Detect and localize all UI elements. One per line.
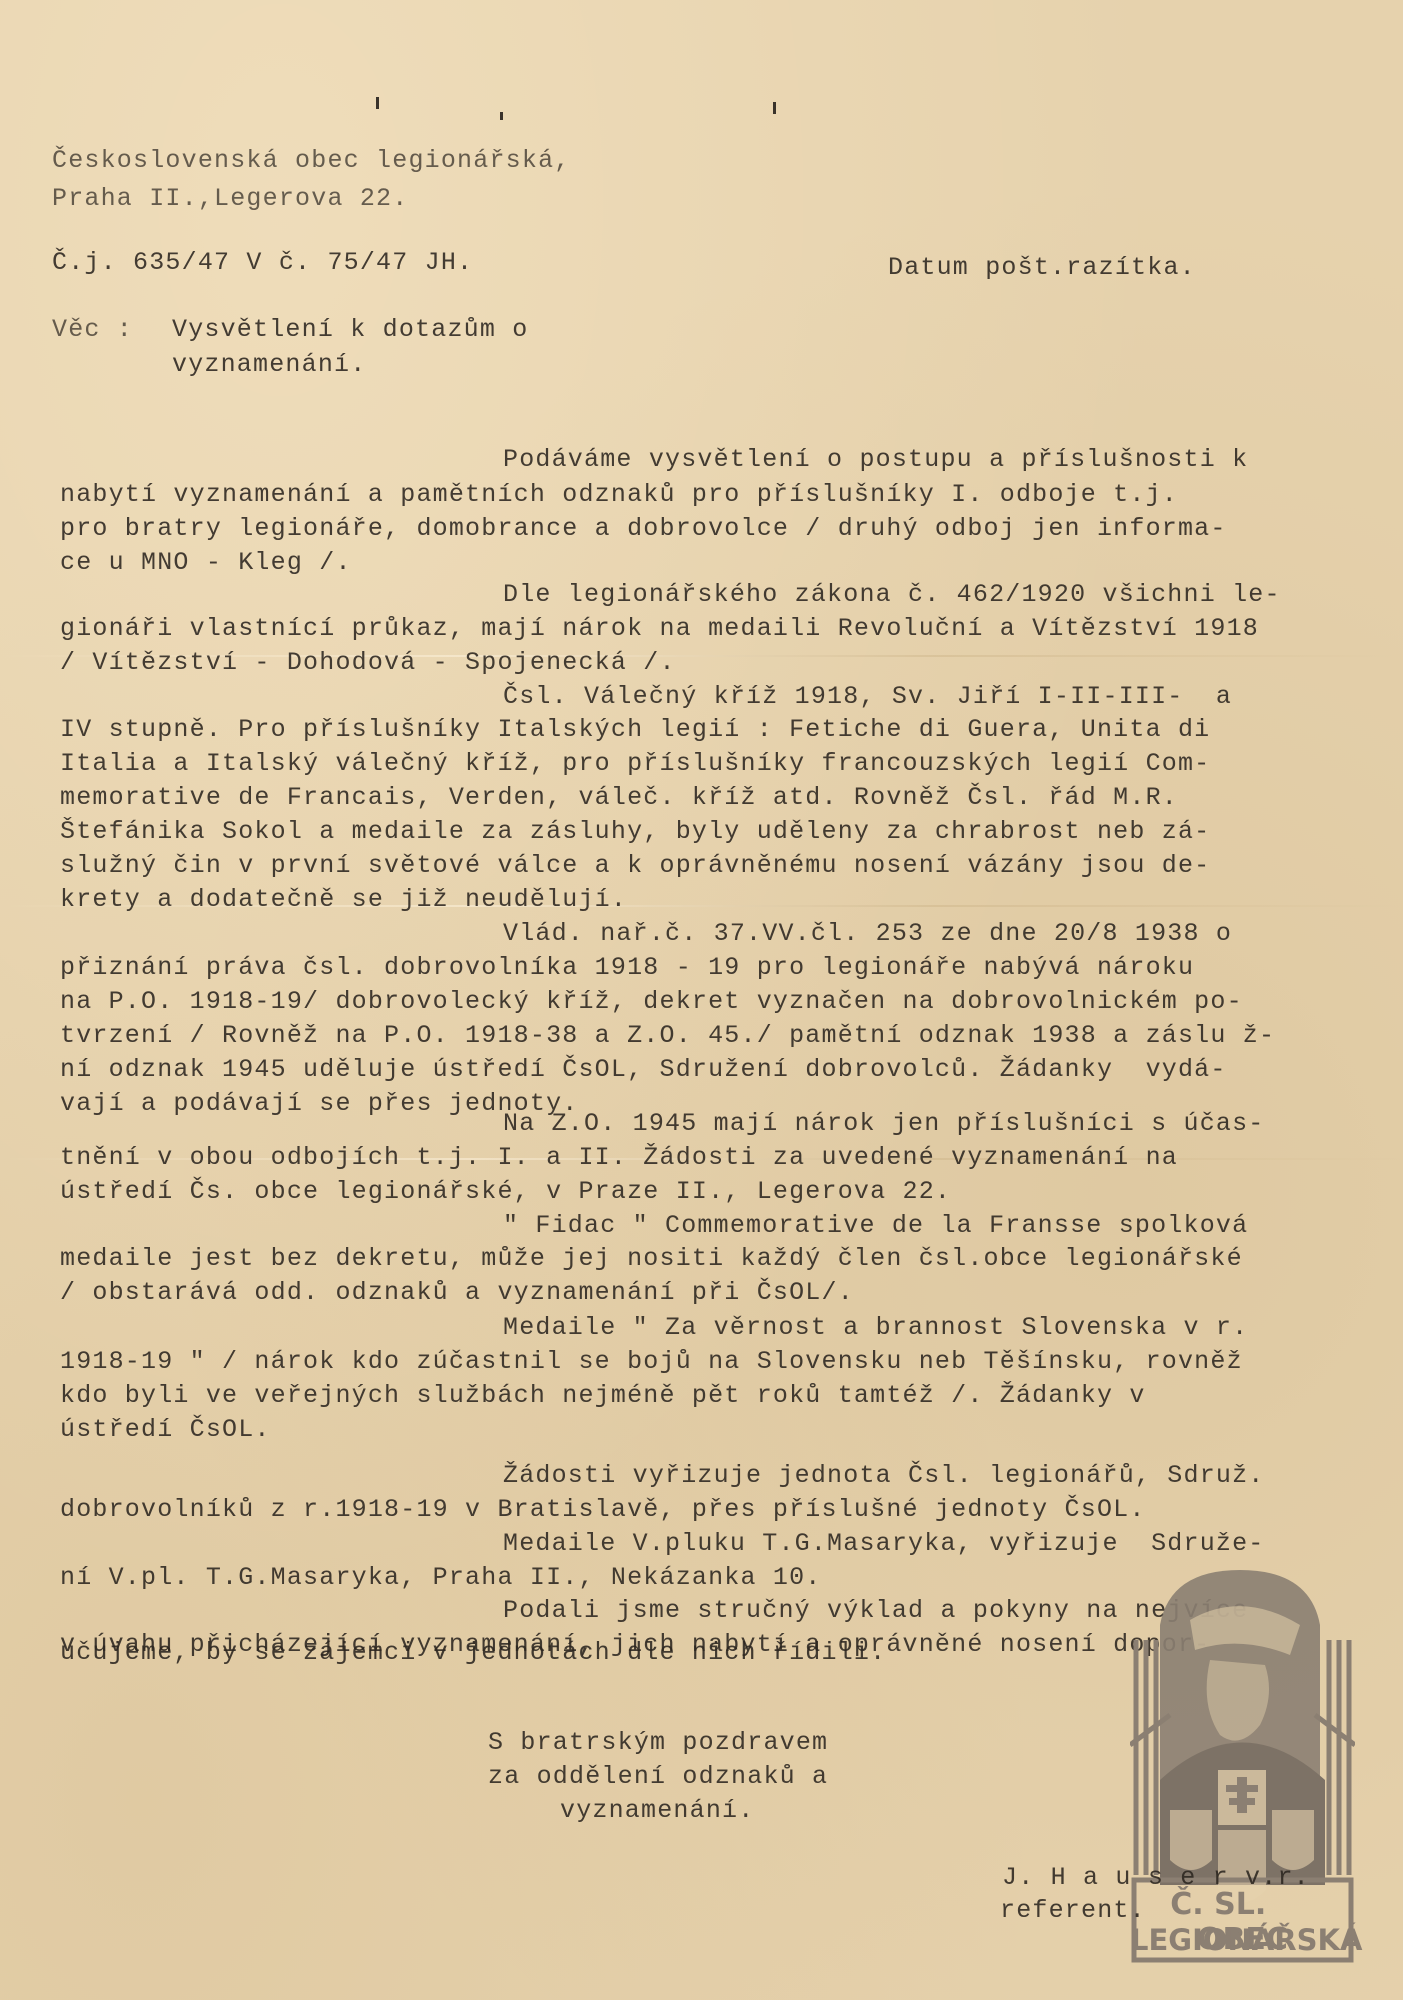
legion-emblem-watermark: Č. SL. OBEC LEGIONÁŘSKÁ [1130,1565,1355,1965]
body-line: tvrzení / Rovněž na P.O. 1918-38 a Z.O. … [60,1023,1275,1048]
subject-line-1: Vysvětlení k dotazům o [172,317,528,342]
body-line: / Vítězství - Dohodová - Spojenecká /. [60,650,676,675]
body-line: 1918-19 " / nárok kdo zúčastnil se bojů … [60,1349,1243,1374]
date-note: Datum pošt.razítka. [888,255,1196,280]
ink-speck [500,112,503,120]
body-line: Medaile " Za věrnost a brannost Slovensk… [503,1315,1248,1340]
body-line: ústředí ČsOL. [60,1417,271,1442]
body-line: Italia a Italský válečný kříž, pro přísl… [60,751,1210,776]
signature-name: J. H a u s e r v.r. [1002,1865,1310,1890]
watermark-csl: Č. SL. [1170,1887,1266,1922]
body-line: ústředí Čs. obce legionářské, v Praze II… [60,1179,951,1204]
body-line: tnění v obou odbojích t.j. I. a II. Žádo… [60,1145,1178,1170]
subject-line-2: vyznamenání. [172,352,366,377]
body-line: memorative de Francais, Verden, váleč. k… [60,785,1178,810]
body-line: kdo byli ve veřejných službách nejméně p… [60,1383,1146,1408]
body-line: vají a podávají se přes jednoty. [60,1091,578,1116]
watermark-line-2: LEGIONÁŘSKÁ [1130,1923,1355,1957]
ink-speck [376,97,379,109]
body-line: medaile jest bez dekretu, může jej nosit… [60,1246,1243,1271]
body-line: na P.O. 1918-19/ dobrovolecký kříž, dekr… [60,989,1243,1014]
body-line: ní V.pl. T.G.Masaryka, Praha II., Nekáza… [60,1565,822,1590]
body-line: ní odznak 1945 uděluje ústředí ČsOL, Sdr… [60,1057,1227,1082]
body-line: Medaile V.pluku T.G.Masaryka, vyřizuje S… [503,1531,1265,1556]
sender-address: Praha II.,Legerova 22. [52,186,408,211]
signature-title: referent. [1000,1898,1146,1923]
sender-name: Československá obec legionářská, [52,148,570,173]
body-line: Žádosti vyřizuje jednota Čsl. legionářů,… [503,1463,1265,1488]
closing-line-3: vyznamenání. [560,1798,754,1823]
body-line: dobrovolníků z r.1918-19 v Bratislavě, p… [60,1497,1146,1522]
body-line: ce u MNO - Kleg /. [60,550,352,575]
body-line: Štefánika Sokol a medaile za zásluhy, by… [60,819,1210,844]
ink-speck [773,102,776,114]
reference-number: Č.j. 635/47 V č. 75/47 JH. [52,250,473,275]
subject-label: Věc : [52,317,133,342]
body-line: krety a dodatečně se již neudělují. [60,887,627,912]
body-line: IV stupně. Pro příslušníky Italských leg… [60,717,1210,742]
body-line: Vlád. nař.č. 37.VV.čl. 253 ze dne 20/8 1… [503,921,1232,946]
body-line: přiznání práva čsl. dobrovolníka 1918 - … [60,955,1194,980]
body-line: " Fidac " Commemorative de la Fransse sp… [503,1213,1248,1238]
body-line-last: učujeme, by se zájemci v jednotách dle n… [60,1640,886,1665]
body-line: služný čin v první světové válce a k opr… [60,853,1210,878]
body-line: nabytí vyznamenání a pamětních odznaků p… [60,482,1178,507]
body-line: Čsl. Válečný kříž 1918, Sv. Jiří I-II-II… [503,684,1232,709]
body-line: gionáři vlastnící průkaz, mají nárok na … [60,616,1259,641]
body-line: Na Z.O. 1945 mají nárok jen příslušníci … [503,1111,1265,1136]
body-line: Podáváme vysvětlení o postupu a příslušn… [503,447,1248,472]
closing-line-2: za oddělení odznaků a [488,1764,828,1789]
body-line: pro bratry legionáře, domobrance a dobro… [60,516,1227,541]
closing-line-1: S bratrským pozdravem [488,1730,828,1755]
body-line: / obstarává odd. odznaků a vyznamenání p… [60,1280,854,1305]
body-line: Dle legionářského zákona č. 462/1920 vši… [503,582,1281,607]
